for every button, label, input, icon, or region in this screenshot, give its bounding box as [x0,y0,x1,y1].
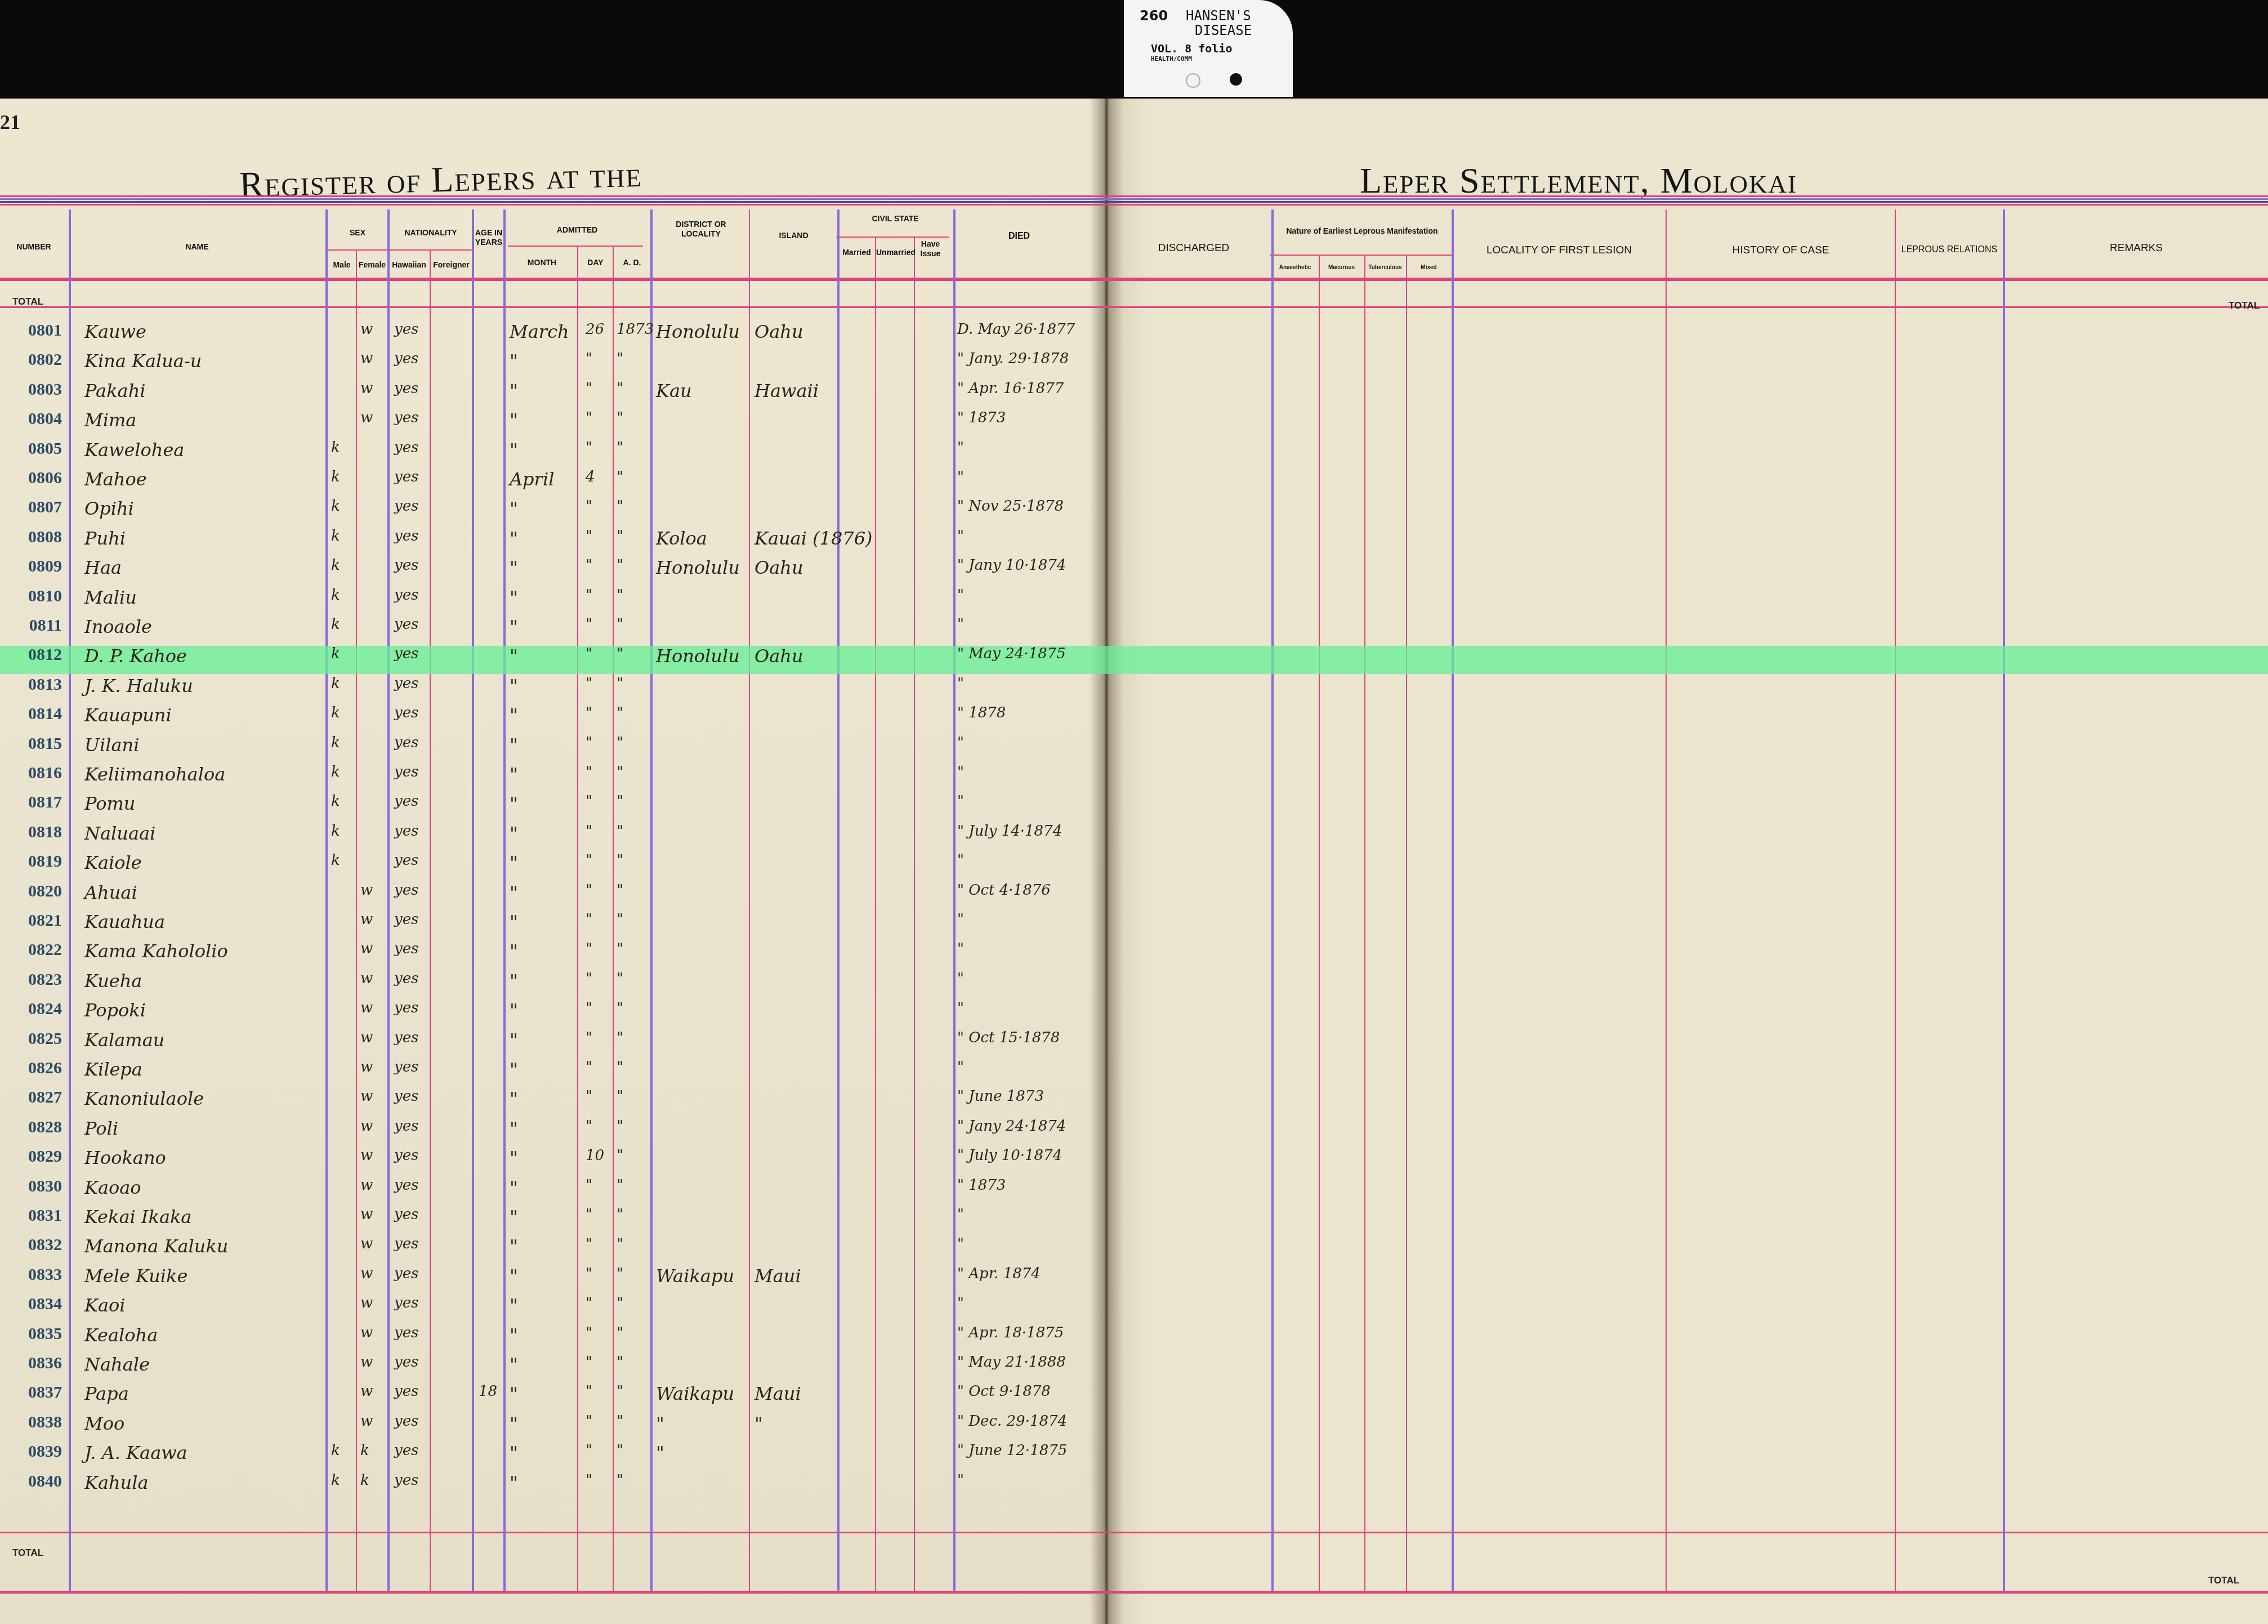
cell-day: " [586,1472,592,1489]
cell-name: Kauwe [84,321,146,342]
admitted-subrule [508,246,643,247]
total-label-bottom-right: TOTAL [2208,1575,2239,1586]
cell-female: w [360,1324,373,1341]
tab-line-3: VOL. 8 folio [1151,42,1233,55]
cell-hawaiian: yes [394,940,418,957]
cell-name: Kahula [84,1472,149,1493]
cell-female: w [360,1147,373,1164]
table-row[interactable]: 0826Kilepawyes"""" [0,1056,1104,1086]
cell-hawaiian: yes [394,1059,418,1076]
cell-district: Honolulu [656,557,740,578]
cell-district: Honolulu [656,645,740,667]
nature-subrule [1270,255,1453,256]
cell-month: " [510,498,518,519]
cell-day: " [586,970,592,987]
cell-number: 0822 [11,940,62,960]
cell-day: " [586,882,592,899]
cell-female: w [360,1059,373,1076]
cell-day: " [586,439,592,456]
cell-day: " [586,380,592,397]
header-nature: Nature of Earliest Leprous Manifestation [1274,226,1450,236]
table-row[interactable]: 0816Keliimanohaloakyes"""" [0,761,1104,791]
cell-died: " Apr. 1874 [957,1265,1041,1282]
total-label-top-left: TOTAL [12,296,43,307]
header-number: Number [0,242,68,252]
cell-island: Hawaii [754,380,819,401]
table-row[interactable]: 0807Opihikyes"""" Nov 25·1878 [0,496,1104,525]
cell-name: Manona Kaluku [84,1235,228,1257]
cell-district: Honolulu [656,321,740,342]
cell-age: 18 [479,1383,497,1400]
cell-died: " Jany 24·1874 [957,1118,1066,1135]
table-row[interactable]: 0828Poliwyes"""" Jany 24·1874 [0,1116,1104,1145]
cell-hawaiian: yes [394,1029,418,1046]
cell-number: 0820 [11,882,62,901]
cell-ad: " [617,1177,623,1194]
cell-island: Oahu [754,645,803,667]
cell-hawaiian: yes [394,1354,418,1371]
table-row[interactable]: 0819Kaiolekyes"""" [0,850,1104,879]
cell-name: D. P. Kahoe [84,645,187,667]
cell-day: " [586,823,592,840]
cell-number: 0815 [11,734,62,753]
cell-number: 0837 [11,1383,62,1402]
cell-number: 0818 [11,823,62,842]
cell-male: k [331,645,340,662]
total-rule [0,306,2268,308]
cell-name: Kama Kahololio [84,940,228,962]
table-row[interactable]: 0834Kaoiwyes"""" [0,1292,1104,1322]
cell-hawaiian: yes [394,1088,418,1105]
col-rule [1319,255,1320,1591]
cell-district: " [656,1413,664,1434]
cell-ad: " [617,793,623,810]
header-island: Island [750,231,837,240]
cell-day: " [586,911,592,928]
cell-hawaiian: yes [394,1295,418,1311]
cell-female: w [360,1265,373,1282]
header-civil-state: Civil State [837,214,953,224]
cell-district: Kau [656,380,692,401]
cell-name: Kauahua [84,911,165,933]
cell-female: w [360,940,373,957]
cell-died: " Jany. 29·1878 [957,350,1069,367]
cell-number: 0813 [11,675,62,694]
cell-name: Poli [84,1118,118,1139]
cell-ad: " [617,1088,623,1105]
cell-died: " [957,528,964,545]
cell-hawaiian: yes [394,1324,418,1341]
table-row[interactable]: 0820Ahuaiwyes"""" Oct 4·1876 [0,880,1104,909]
cell-day: 10 [586,1147,604,1164]
footer-rule-top [0,1532,2268,1533]
cell-ad: " [617,350,623,367]
cell-hawaiian: yes [394,1472,418,1489]
cell-month: " [510,1324,518,1346]
cell-hawaiian: yes [394,1118,418,1135]
tab-number: 260 [1140,8,1168,24]
col-rule [1271,209,1274,1591]
header-died: Died [957,231,1081,242]
cell-month: " [510,1088,518,1109]
cell-number: 0809 [11,557,62,576]
table-row[interactable]: 0801KauwewyesMarch261873HonoluluOahuD. M… [0,319,1104,348]
cell-female: w [360,380,373,397]
cell-day: " [586,1029,592,1046]
cell-day: " [586,1413,592,1430]
cell-ad: " [617,1383,623,1400]
cell-hawaiian: yes [394,882,418,899]
cell-hawaiian: yes [394,557,418,574]
cell-ad: " [617,1413,623,1430]
cell-died: " 1878 [957,704,1006,721]
cell-number: 0823 [11,970,62,989]
cell-ad: " [617,1472,623,1489]
cell-day: " [586,704,592,721]
table-row[interactable]: 0813J. K. Halukukyes"""" [0,673,1104,702]
header-married: Married [838,248,875,257]
cell-number: 0803 [11,380,62,399]
table-row[interactable]: 0831Kekai Ikakawyes"""" [0,1204,1104,1233]
cell-day: " [586,557,592,574]
table-row[interactable]: 0812D. P. Kahoekyes"""HonoluluOahu" May … [0,643,1104,672]
cell-number: 0824 [11,1000,62,1019]
header-month: Month [507,258,577,267]
cell-month: " [510,675,518,697]
cell-number: 0816 [11,764,62,783]
header-male: Male [327,260,357,270]
cell-died: " July 14·1874 [957,823,1062,840]
cell-ad: " [617,469,623,485]
header-day: Day [578,258,613,267]
cell-hawaiian: yes [394,764,418,780]
cell-name: Uilani [84,734,139,756]
cell-hawaiian: yes [394,1177,418,1194]
cell-female: w [360,911,373,928]
table-row[interactable]: 0804Mimawyes"""" 1873 [0,407,1104,436]
col-rule [1895,209,1896,1591]
cell-month: " [510,793,518,814]
cell-name: Nahale [84,1354,150,1375]
cell-hawaiian: yes [394,498,418,515]
cell-day: " [586,409,592,426]
cell-number: 0832 [11,1235,62,1255]
cell-died: " [957,587,964,604]
cell-island: Maui [754,1383,801,1404]
table-row[interactable]: 0802Kina Kalua-uwyes"""" Jany. 29·1878 [0,348,1104,377]
cell-ad: " [617,704,623,721]
cell-male: k [331,823,340,840]
col-rule [1406,255,1407,1591]
cell-day: " [586,1265,592,1282]
cell-died: " [957,734,964,751]
table-row[interactable]: 0833Mele Kuikewyes"""WaikapuMaui" Apr. 1… [0,1263,1104,1292]
header-have-issue: Have Issue [915,239,946,258]
tab-line-2: DISEASE [1195,23,1252,38]
cell-female: k [360,1442,369,1459]
cell-month: " [510,1177,518,1198]
cell-island: Maui [754,1265,801,1287]
cell-died: " Apr. 16·1877 [957,380,1064,397]
cell-male: k [331,587,340,604]
cell-month: April [510,469,554,490]
cell-ad: " [617,882,623,899]
cell-ad: " [617,409,623,426]
cell-hawaiian: yes [394,380,418,397]
cell-female: w [360,1206,373,1223]
cell-number: 0804 [11,409,62,429]
cell-day: " [586,1177,592,1194]
table-row[interactable]: 0810Maliukyes"""" [0,585,1104,614]
cell-month: " [510,1413,518,1434]
cell-died: " [957,675,964,692]
cell-number: 0827 [11,1088,62,1107]
cell-number: 0828 [11,1118,62,1137]
table-row[interactable]: 0837Papawyes18"""WaikapuMaui" Oct 9·1878 [0,1381,1104,1410]
cell-district: " [656,1442,664,1464]
cell-day: " [586,1206,592,1223]
table-row[interactable]: 0835Kealohawyes"""" Apr. 18·1875 [0,1322,1104,1351]
cell-month: " [510,970,518,992]
table-row[interactable]: 0806MahoekyesApril4"" [0,466,1104,496]
cell-day: " [586,587,592,604]
table-row[interactable]: 0803Pakahiwyes"""KauHawaii" Apr. 16·1877 [0,378,1104,407]
cell-number: 0829 [11,1147,62,1166]
cell-female: w [360,1177,373,1194]
cell-name: Pomu [84,793,135,814]
cell-female: w [360,1000,373,1016]
cell-died: " Dec. 29·1874 [957,1413,1067,1430]
cell-number: 0806 [11,469,62,488]
cell-number: 0840 [11,1472,62,1491]
cell-month: " [510,557,518,578]
cell-died: " 1873 [957,1177,1006,1194]
cell-month: " [510,823,518,844]
cell-ad: " [617,940,623,957]
archive-tab-label: 260 HANSEN'S DISEASE VOL. 8 folio HEALTH… [1124,0,1293,97]
cell-male: k [331,852,340,869]
cell-hawaiian: yes [394,469,418,485]
table-row[interactable]: 0811Inoaolekyes"""" [0,614,1104,643]
cell-female: w [360,1295,373,1311]
cell-hawaiian: yes [394,734,418,751]
table-row[interactable]: 0825Kalamauwyes"""" Oct 15·1878 [0,1027,1104,1056]
cell-name: Kekai Ikaka [84,1206,191,1228]
cell-name: Keliimanohaloa [84,764,225,785]
cell-day: " [586,1295,592,1311]
cell-died: " Nov 25·1878 [957,498,1064,515]
cell-day: " [586,645,592,662]
cell-male: k [331,469,340,485]
cell-day: " [586,793,592,810]
table-row[interactable]: 0814Kauapunikyes"""" 1878 [0,702,1104,731]
table-row[interactable]: 0809Haakyes"""HonoluluOahu" Jany 10·1874 [0,555,1104,584]
cell-died: " [957,1000,964,1016]
cell-month: March [510,321,569,342]
header-remarks: Remarks [2004,242,2268,255]
header-hawaiian: Hawaiian [389,260,430,270]
cell-name: Kanoniulaole [84,1088,204,1109]
table-row[interactable]: 0840Kahulakkyes"""" [0,1470,1104,1499]
table-row[interactable]: 0824Popokiwyes"""" [0,997,1104,1027]
cell-number: 0831 [11,1206,62,1225]
cell-died: " Oct 9·1878 [957,1383,1051,1400]
cell-died: " [957,793,964,810]
table-row[interactable]: 0815Uilanikyes"""" [0,732,1104,761]
cell-ad: " [617,1059,623,1076]
table-row[interactable]: 0805Kaweloheakyes"""" [0,437,1104,466]
cell-name: Opihi [84,498,134,519]
cell-died: " [957,970,964,987]
table-row[interactable]: 0821Kauahuawyes"""" [0,909,1104,938]
cell-month: " [510,911,518,933]
cell-name: Kilepa [84,1059,142,1080]
cell-ad: " [617,1118,623,1135]
cell-day: " [586,764,592,780]
cell-number: 0801 [11,321,62,340]
table-row[interactable]: 0818Naluaaikyes"""" July 14·1874 [0,820,1104,850]
cell-month: " [510,1029,518,1051]
right-page [1104,99,2268,1624]
table-row[interactable]: 0822Kama Kahololiowyes"""" [0,938,1104,967]
header-ad: A. D. [614,258,650,267]
cell-day: " [586,498,592,515]
table-row[interactable]: 0823Kuehawyes"""" [0,968,1104,997]
cell-month: " [510,616,518,637]
cell-female: w [360,1088,373,1105]
cell-ad: " [617,1442,623,1459]
cell-district: Waikapu [656,1265,734,1287]
cell-died: " [957,439,964,456]
cell-ad: " [617,498,623,515]
table-row[interactable]: 0808Puhikyes"""KoloaKauai (1876)" [0,525,1104,555]
punch-hole-icon [1230,73,1242,86]
table-row[interactable]: 0817Pomukyes"""" [0,791,1104,820]
header-rule-band [0,195,2268,208]
cell-male: k [331,764,340,780]
cell-female: w [360,1354,373,1371]
cell-died: " [957,1295,964,1311]
cell-died: " [957,911,964,928]
cell-male: k [331,498,340,515]
cell-hawaiian: yes [394,1206,418,1223]
header-relations: Leprous Relations [1896,244,2003,255]
cell-day: " [586,528,592,545]
cell-hawaiian: yes [394,587,418,604]
col-rule [2003,209,2005,1591]
cell-died: " [957,852,964,869]
cell-ad: " [617,734,623,751]
cell-month: " [510,704,518,726]
header-tuberculous: Tuberculous [1364,265,1406,271]
punch-hole-icon [1186,73,1200,88]
cell-month: " [510,882,518,903]
table-row[interactable]: 0829Hookanowyes"10"" July 10·1874 [0,1145,1104,1174]
cell-female: w [360,350,373,367]
cell-female: w [360,1029,373,1046]
cell-day: " [586,1088,592,1105]
cell-day: " [586,734,592,751]
cell-hawaiian: yes [394,911,418,928]
header-unmarried: Unmarried [876,248,914,257]
cell-day: " [586,940,592,957]
cell-month: " [510,1354,518,1375]
cell-died: " June 1873 [957,1088,1044,1105]
cell-number: 0811 [11,616,62,635]
table-row[interactable]: 0830Kaoaowyes"""" 1873 [0,1175,1104,1204]
cell-ad: 1873 [617,321,654,338]
cell-hawaiian: yes [394,823,418,840]
header-anaesthetic: Anaesthetic [1271,265,1319,271]
table-row[interactable]: 0836Nahalewyes"""" May 21·1888 [0,1351,1104,1381]
cell-day: " [586,1118,592,1135]
cell-month: " [510,1295,518,1316]
cell-died: " Oct 15·1878 [957,1029,1060,1046]
table-row[interactable]: 0827Kanoniulaolewyes"""" June 1873 [0,1086,1104,1115]
cell-name: Kaoao [84,1177,141,1198]
header-name: Name [70,242,324,252]
cell-ad: " [617,1295,623,1311]
cell-name: Kaiole [84,852,142,873]
civil-subrule [836,237,949,238]
cell-died: " [957,616,964,633]
cell-day: " [586,1059,592,1076]
tab-line-1: HANSEN'S [1186,8,1251,24]
cell-day: " [586,1324,592,1341]
cell-male: k [331,675,340,692]
cell-name: Kalamau [84,1029,164,1051]
cell-ad: " [617,911,623,928]
cell-died: " July 10·1874 [957,1147,1062,1164]
cell-hawaiian: yes [394,645,418,662]
col-rule [1452,209,1454,1591]
cell-died: " May 24·1875 [957,645,1066,662]
cell-district: Waikapu [656,1383,734,1404]
col-rule [1364,255,1365,1591]
cell-number: 0807 [11,498,62,517]
header-female: Female [357,260,387,270]
cell-number: 0817 [11,793,62,812]
cell-day: " [586,1442,592,1459]
cell-month: " [510,1118,518,1139]
table-row[interactable]: 0838Moowyes"""""" Dec. 29·1874 [0,1411,1104,1440]
cell-day: " [586,616,592,633]
cell-name: Maliu [84,587,137,608]
cell-male: k [331,734,340,751]
cell-hawaiian: yes [394,1383,418,1400]
cell-died: D. May 26·1877 [957,321,1075,338]
table-row[interactable]: 0832Manona Kalukuwyes"""" [0,1233,1104,1262]
cell-male: k [331,1472,340,1489]
cell-hawaiian: yes [394,321,418,338]
table-row[interactable]: 0839J. A. Kaawakkyes""""" June 12·1875 [0,1440,1104,1469]
cell-number: 0802 [11,350,62,369]
cell-island: Oahu [754,557,803,578]
cell-number: 0830 [11,1177,62,1196]
cell-number: 0839 [11,1442,62,1461]
cell-number: 0819 [11,852,62,871]
cell-name: Kueha [84,970,142,992]
cell-female: w [360,1118,373,1135]
cell-number: 0825 [11,1029,62,1049]
cell-month: " [510,852,518,873]
header-foreigner: Foreigner [431,260,472,270]
cell-ad: " [617,1147,623,1164]
cell-month: " [510,645,518,667]
cell-month: " [510,940,518,962]
cell-number: 0821 [11,911,62,930]
cell-month: " [510,439,518,461]
